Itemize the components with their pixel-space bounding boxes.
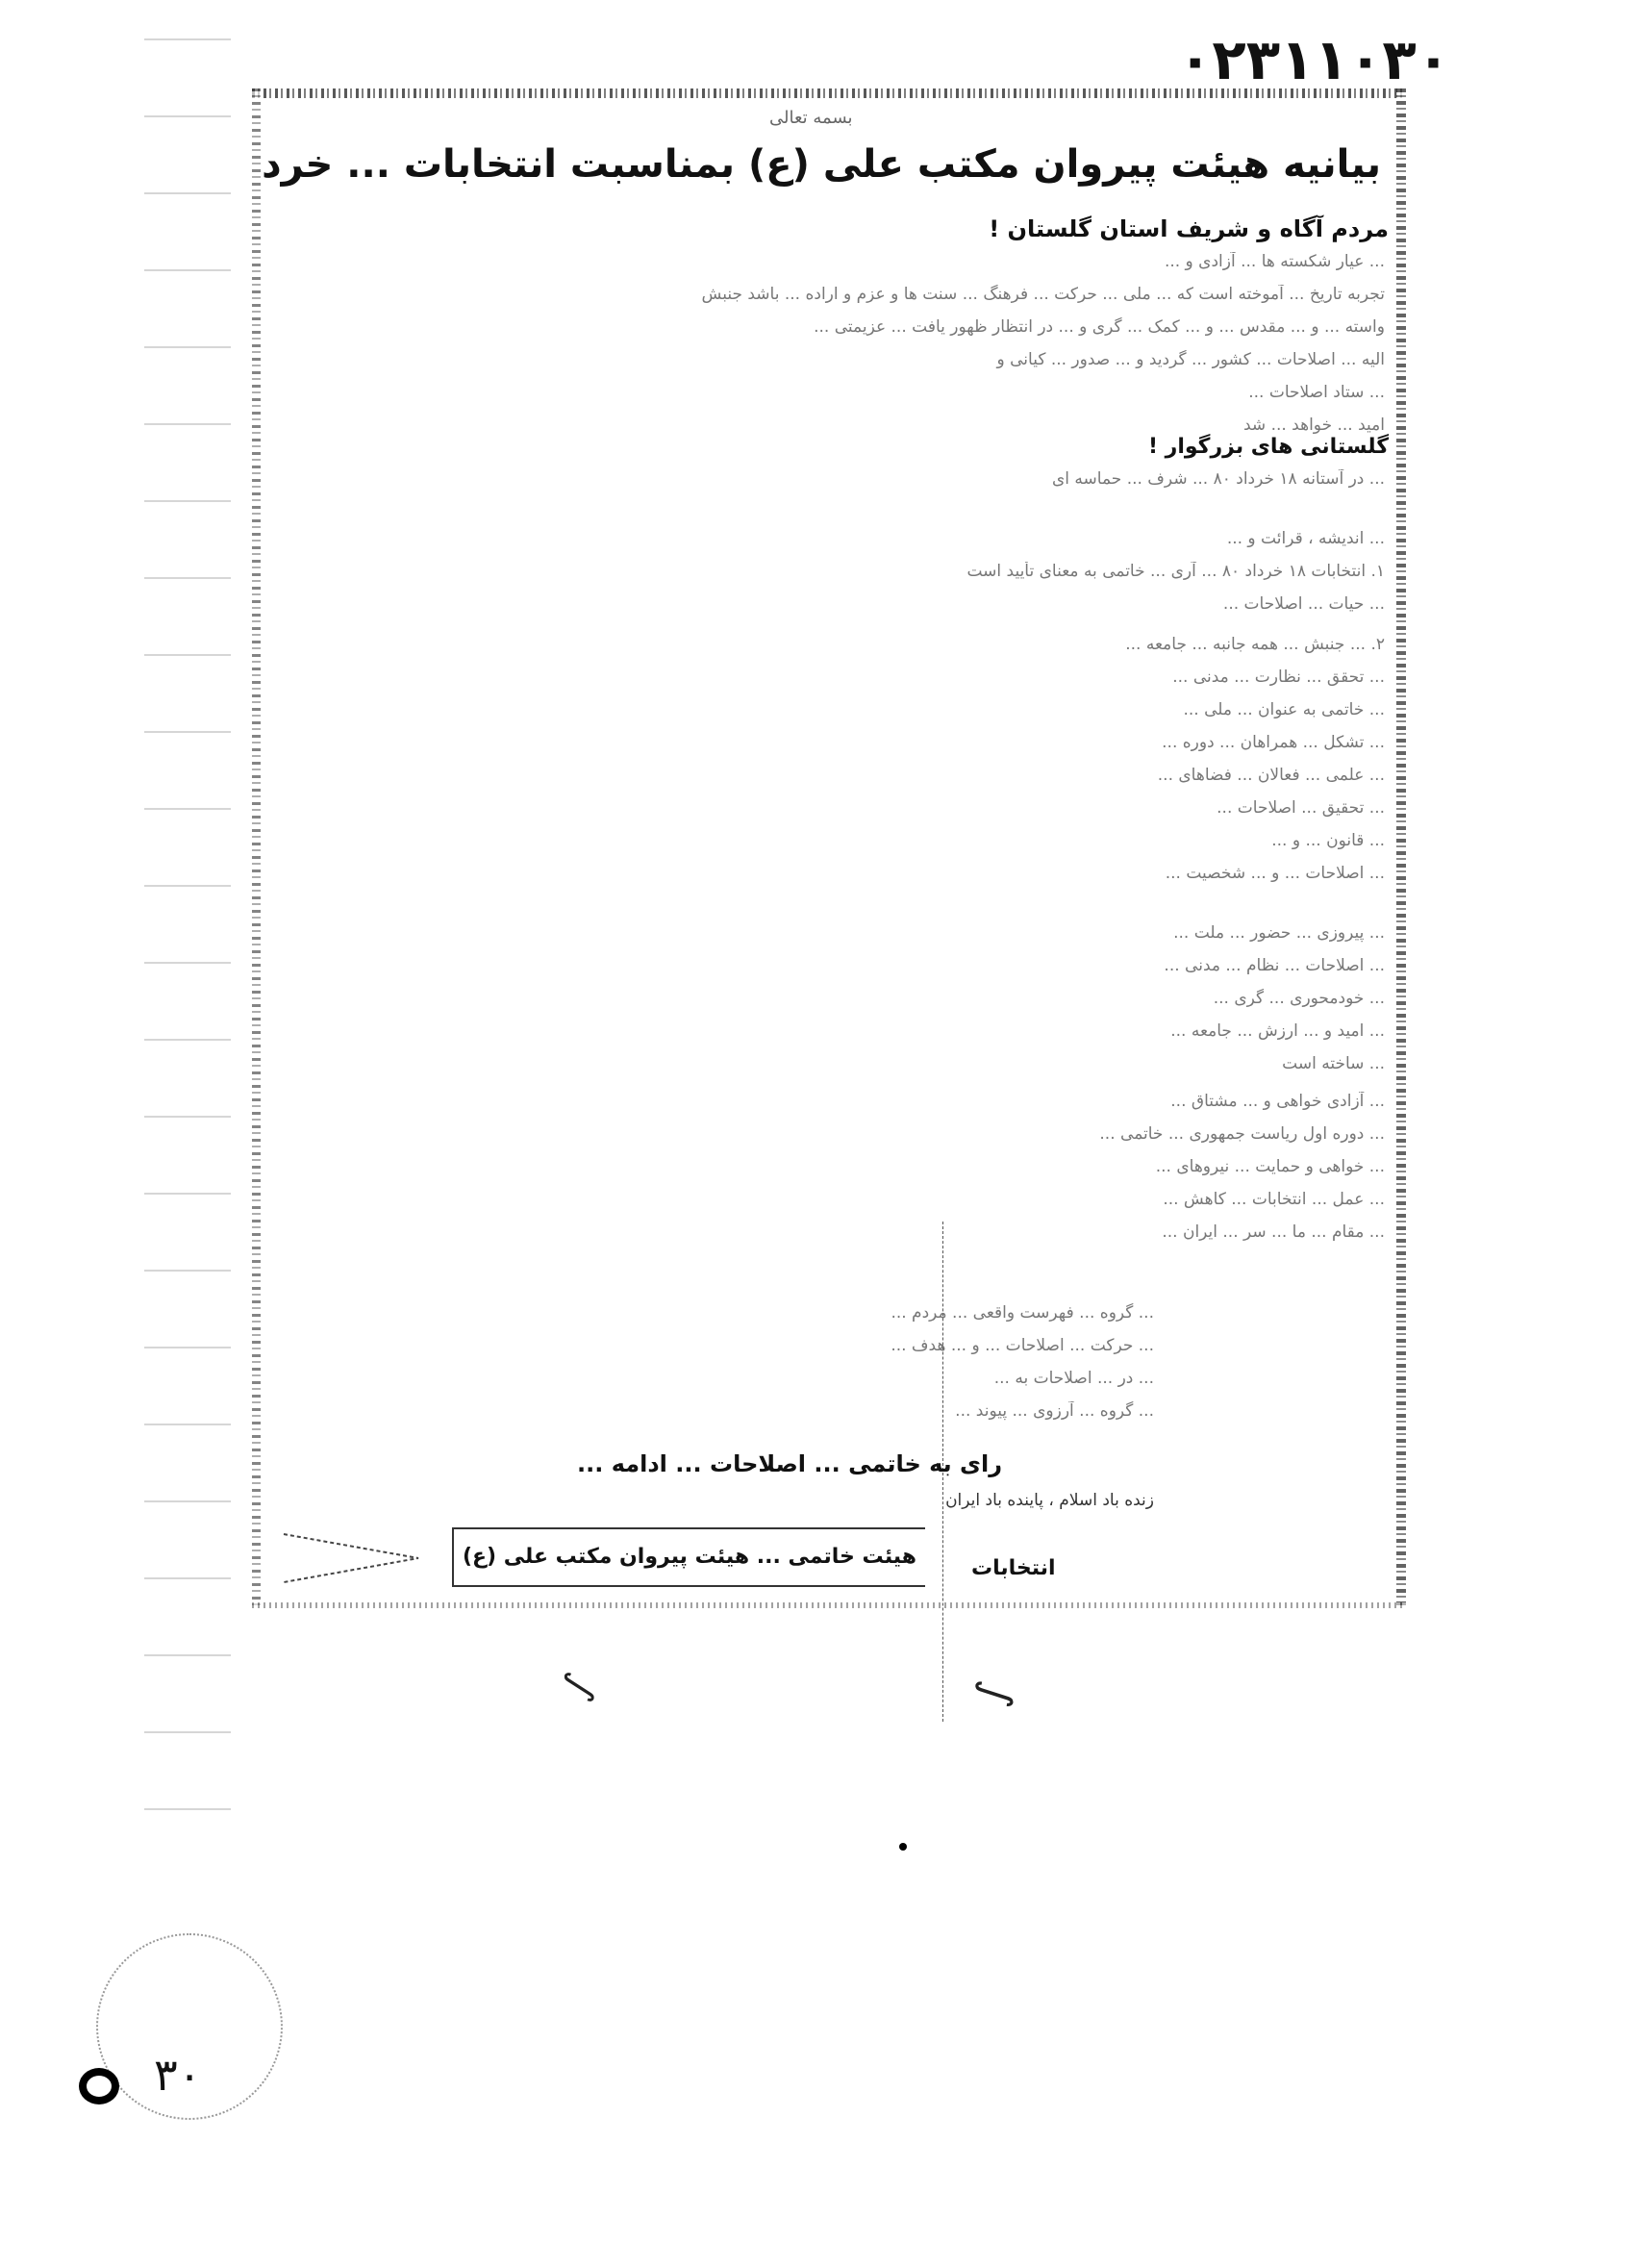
- paragraph-line: ... خاتمی به عنوان ... ملی ...: [317, 700, 1385, 729]
- document-number: ۰۲۳۱۱۰۳۰: [1178, 27, 1450, 92]
- section-2: ۲. ... جنبش ... همه جانبه ... جامعه ... …: [317, 635, 1385, 896]
- paragraph-line: ... امید و ... ارزش ... جامعه ...: [317, 1021, 1385, 1050]
- bismillah-header: بسمه تعالی: [769, 108, 853, 128]
- paragraph-line: واسته ... و ... مقدس ... و ... کمک ... گ…: [317, 317, 1385, 346]
- section-3: ... پیروزی ... حضور ... ملت ... ... اصلا…: [317, 923, 1385, 1087]
- election-label: انتخابات: [971, 1556, 1056, 1580]
- paragraph-line: ... آزادی خواهی و ... مشتاق ...: [317, 1092, 1385, 1121]
- paragraph-line: ... تحقیق ... اصلاحات ...: [317, 798, 1385, 827]
- paragraph-line: ... اصلاحات ... نظام ... مدنی ...: [317, 956, 1385, 985]
- chevron-arrow-icon: [279, 1529, 423, 1587]
- paragraph-line: ... خواهی و حمایت ... نیروهای ...: [317, 1157, 1385, 1186]
- paragraph-line: ... در ... اصلاحات به ...: [481, 1369, 1154, 1398]
- paragraph-line: ... در آستانه ۱۸ خرداد ۸۰ ... شرف ... حم…: [317, 469, 1385, 498]
- paragraph-line: ... اندیشه ، قرائت و ...: [317, 529, 1385, 558]
- intro-paragraph: ... عیار شکسته ها ... آزادی و ... تجربه …: [317, 252, 1385, 448]
- document-title: بیانیه هیئت پیروان مکتب علی (ع) بمناسبت …: [262, 142, 1381, 187]
- frame-border-right: [1396, 88, 1406, 1608]
- frame-border-left: [252, 88, 261, 1608]
- section-1: ... اندیشه ، قرائت و ... ۱. انتخابات ۱۸ …: [317, 529, 1385, 627]
- closing-bold-line: رای به خاتمی ... اصلاحات ... ادامه ...: [577, 1450, 1002, 1477]
- paragraph-line: ... پیروزی ... حضور ... ملت ...: [317, 923, 1385, 952]
- paragraph-line: ... عیار شکسته ها ... آزادی و ...: [317, 252, 1385, 281]
- paragraph-line: ۲. ... جنبش ... همه جانبه ... جامعه ...: [317, 635, 1385, 664]
- paragraph-line: ... مقام ... ما ... سر ... ایران ...: [317, 1222, 1385, 1251]
- section-4: ... آزادی خواهی و ... مشتاق ... ... دوره…: [317, 1092, 1385, 1255]
- closing-line: زنده باد اسلام ، پاینده باد ایران: [577, 1491, 1154, 1520]
- paragraph-line: ... حیات ... اصلاحات ...: [317, 594, 1385, 623]
- paragraph-line: ... عمل ... انتخابات ... کاهش ...: [317, 1190, 1385, 1219]
- greeting-heading: مردم آگاه و شریف استان گلستان !: [989, 215, 1389, 242]
- paragraph-line: ... دوره اول ریاست جمهوری ... خاتمی ...: [317, 1124, 1385, 1153]
- page-number: ۳۰: [154, 2049, 201, 2101]
- paragraph-line: ... ستاد اصلاحات ...: [317, 383, 1385, 412]
- paragraph-line: ۱. انتخابات ۱۸ خرداد ۸۰ ... آری ... خاتم…: [317, 562, 1385, 591]
- handwritten-signature: ∫: [966, 1676, 1018, 1710]
- paragraph-line: ... گروه ... فهرست واقعی ... مردم ...: [481, 1303, 1154, 1332]
- paragraph-line: ... اصلاحات ... و ... شخصیت ...: [317, 864, 1385, 893]
- page-mark-circle: [79, 2068, 119, 2104]
- subheading-block: ... در آستانه ۱۸ خرداد ۸۰ ... شرف ... حم…: [317, 469, 1385, 502]
- paragraph-line: ... خودمحوری ... گری ...: [317, 989, 1385, 1018]
- subheading: گلستانی های بزرگوار !: [1148, 435, 1389, 459]
- signature-box: هیئت خاتمی ... هیئت پیروان مکتب علی (ع): [452, 1527, 925, 1587]
- paragraph-line: الیه ... اصلاحات ... کشور ... گردید و ..…: [317, 350, 1385, 379]
- frame-border-bottom: [252, 1602, 1406, 1608]
- handwritten-signature: ∫: [553, 1666, 601, 1705]
- closing-block: زنده باد اسلام ، پاینده باد ایران: [577, 1491, 1154, 1524]
- paragraph-line: ... تحقق ... نظارت ... مدنی ...: [317, 668, 1385, 696]
- paragraph-line: ... گروه ... آرزوی ... پیوند ...: [481, 1401, 1154, 1430]
- paragraph-line: ... علمی ... فعالان ... فضاهای ...: [317, 766, 1385, 794]
- section-5: ... گروه ... فهرست واقعی ... مردم ... ..…: [481, 1303, 1154, 1434]
- paragraph-line: تجربه تاریخ ... آموخته است که ... ملی ..…: [317, 285, 1385, 314]
- paragraph-line: ... ساخته است: [317, 1054, 1385, 1083]
- frame-border-top: [252, 88, 1406, 98]
- scan-dot: [899, 1843, 907, 1851]
- paragraph-line: ... قانون ... و ...: [317, 831, 1385, 860]
- paragraph-line: ... حرکت ... اصلاحات ... و ... هدف ...: [481, 1336, 1154, 1365]
- scan-margin-artifacts: [144, 0, 231, 1827]
- paragraph-line: ... تشکل ... همراهان ... دوره ...: [317, 733, 1385, 762]
